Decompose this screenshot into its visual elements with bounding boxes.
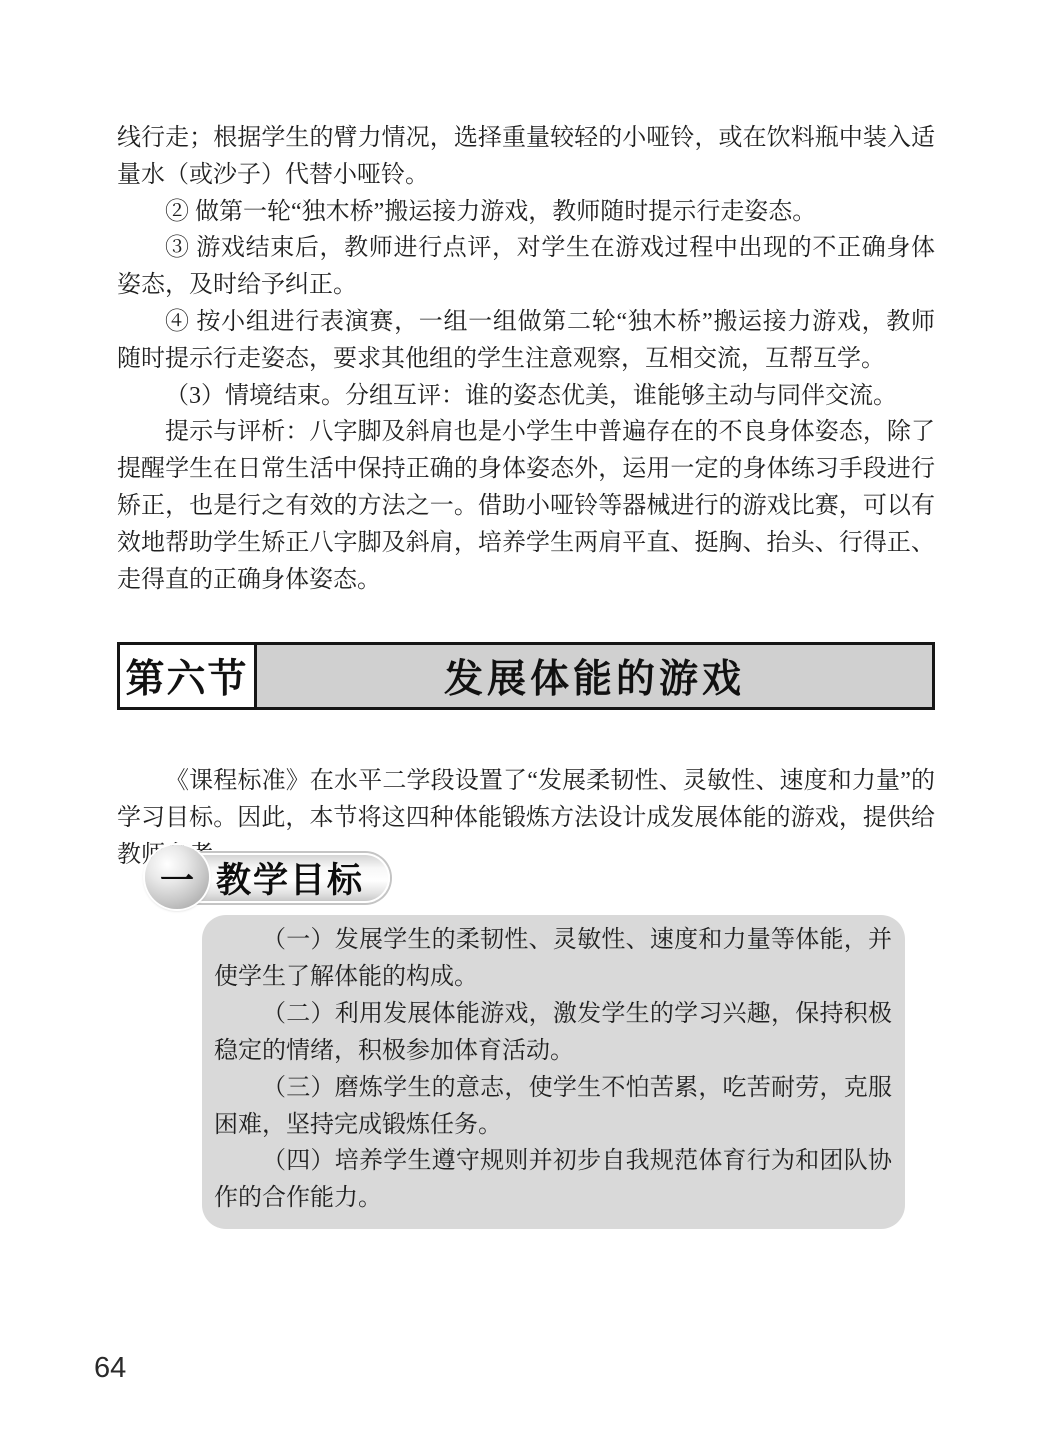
body-paragraph: 提示与评析：八字脚及斜肩也是小学生中普遍存在的不良身体姿态，除了提醒学生在日常生… [117, 414, 935, 598]
body-paragraph: （3）情境结束。分组互评：谁的姿态优美，谁能够主动与同伴交流。 [117, 378, 935, 415]
body-paragraph: ③ 游戏结束后，教师进行点评，对学生在游戏过程中出现的不正确身体姿态，及时给予纠… [117, 230, 935, 304]
section-banner: 第六节 发展体能的游戏 [117, 642, 935, 710]
heading-number: 一 [160, 853, 194, 902]
objectives-box: （一）发展学生的柔韧性、灵敏性、速度和力量等体能，并使学生了解体能的构成。 （二… [202, 915, 905, 1229]
body-paragraph: ② 做第一轮“独木桥”搬运接力游戏，教师随时提示行走姿态。 [117, 194, 935, 231]
heading-number-badge: 一 [145, 845, 209, 909]
objective-item: （一）发展学生的柔韧性、灵敏性、速度和力量等体能，并使学生了解体能的构成。 [214, 922, 892, 996]
section-title: 发展体能的游戏 [254, 642, 935, 710]
body-text-block: 线行走；根据学生的臂力情况，选择重量较轻的小哑铃，或在饮料瓶中装入适量水（或沙子… [117, 120, 935, 598]
body-paragraph: ④ 按小组进行表演赛，一组一组做第二轮“独木桥”搬运接力游戏，教师随时提示行走姿… [117, 304, 935, 378]
body-paragraph: 线行走；根据学生的臂力情况，选择重量较轻的小哑铃，或在饮料瓶中装入适量水（或沙子… [117, 120, 935, 194]
objective-item: （四）培养学生遵守规则并初步自我规范体育行为和团队协作的合作能力。 [214, 1143, 892, 1217]
book-page: 线行走；根据学生的臂力情况，选择重量较轻的小哑铃，或在饮料瓶中装入适量水（或沙子… [0, 0, 1038, 1452]
objectives-heading-title: 教学目标 [216, 853, 364, 903]
objective-item: （二）利用发展体能游戏，激发学生的学习兴趣，保持积极稳定的情绪，积极参加体育活动… [214, 996, 892, 1070]
objective-item: （三）磨炼学生的意志，使学生不怕苦累，吃苦耐劳，克服困难，坚持完成锻炼任务。 [214, 1070, 892, 1144]
page-number: 64 [94, 1352, 126, 1385]
section-label: 第六节 [117, 642, 254, 710]
